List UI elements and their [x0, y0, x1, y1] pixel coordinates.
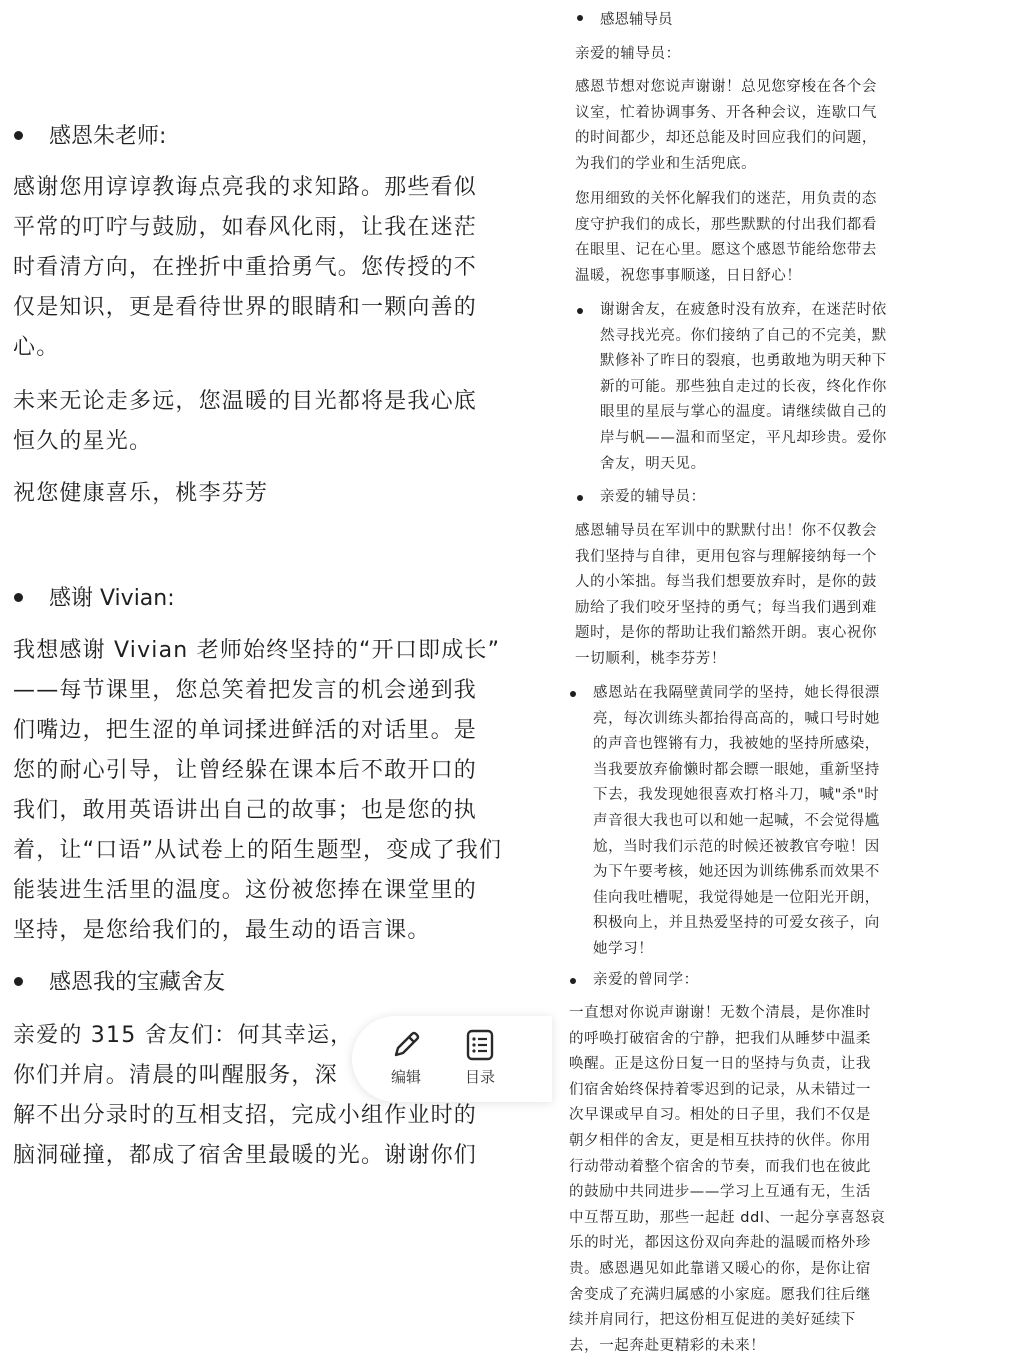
paragraph-zeng: 一直想对你说声谢谢！无数个清晨，是你准时 的呼唤打破宿舍的宁静，把我们从睡梦中温… — [569, 1001, 885, 1359]
paragraph-counselor-2: 您用细致的关怀化解我们的迷茫，用负责的态 度守护我们的成长，那些默默的付出我们都… — [575, 187, 877, 289]
paragraph-counselor-military: 感恩辅导员在军训中的默默付出！你不仅教会 我们坚持与自律，更用包容与理解接纳每一… — [575, 519, 877, 673]
list-item-dear-zeng: 亲爱的曾同学： — [593, 968, 699, 994]
left-document-panel: 感恩朱老师: 感谢您用谆谆教诲点亮我的求知路。那些看似 平常的叮咛与鼓励，如春风… — [0, 0, 520, 1365]
bullet-dot — [577, 495, 583, 501]
bullet-dot — [14, 131, 23, 140]
bullet-dot — [14, 593, 23, 602]
paragraph-teacher-zhu-1: 感谢您用谆谆教诲点亮我的求知路。那些看似 平常的叮咛与鼓励，如春风化雨，让我在迷… — [13, 168, 520, 368]
pencil-icon — [389, 1028, 423, 1062]
heading-thanks-teacher-zhu: 感恩朱老师: — [14, 122, 166, 152]
heading-thanks-roommates: 感恩我的宝藏舍友 — [14, 968, 225, 998]
list-item-thanks-roommate: 谢谢舍友，在疲惫时没有放弃，在迷茫时依 然寻找光亮。你们接纳了自己的不完美，默 … — [600, 298, 887, 477]
paragraph-teacher-zhu-2: 未来无论走多远，您温暖的目光都将是我心底 恒久的星光。 — [13, 382, 520, 462]
paragraph-teacher-zhu-3: 祝您健康喜乐，桃李芬芳 — [13, 474, 520, 514]
list-icon — [463, 1028, 497, 1062]
bullet-dot — [14, 977, 23, 986]
edit-button[interactable]: 编辑 — [378, 1028, 434, 1087]
heading-thanks-vivian: 感谢 Vivian: — [14, 584, 175, 614]
right-document-panel: 感恩辅导员 亲爱的辅导员： 感恩节想对您说声谢谢！总见您穿梭在各个会 议室，忙着… — [560, 0, 920, 1365]
paragraph-vivian: 我想感谢 Vivian 老师始终坚持的“开口即成长” ——每节课里，您总笑着把发… — [13, 631, 520, 951]
paragraph-counselor-1: 感恩节想对您说声谢谢！总见您穿梭在各个会 议室，忙着协调事务、开各种会议，连歇口… — [575, 75, 877, 177]
bullet-dot — [577, 15, 583, 21]
greeting-counselor: 亲爱的辅导员： — [575, 42, 681, 68]
bullet-dot — [570, 691, 576, 697]
list-item-dear-counselor: 亲爱的辅导员： — [600, 485, 706, 511]
bullet-dot — [570, 978, 576, 984]
floating-toolbar: 编辑 目录 — [352, 1016, 552, 1102]
table-of-contents-button[interactable]: 目录 — [452, 1028, 508, 1087]
heading-thanks-counselor: 感恩辅导员 — [577, 10, 673, 30]
bullet-dot — [577, 308, 583, 314]
list-item-classmate-huang: 感恩站在我隔壁黄同学的坚持，她长得很漂 亮，每次训练头都抬得高高的，喊口号时她 … — [593, 681, 880, 963]
